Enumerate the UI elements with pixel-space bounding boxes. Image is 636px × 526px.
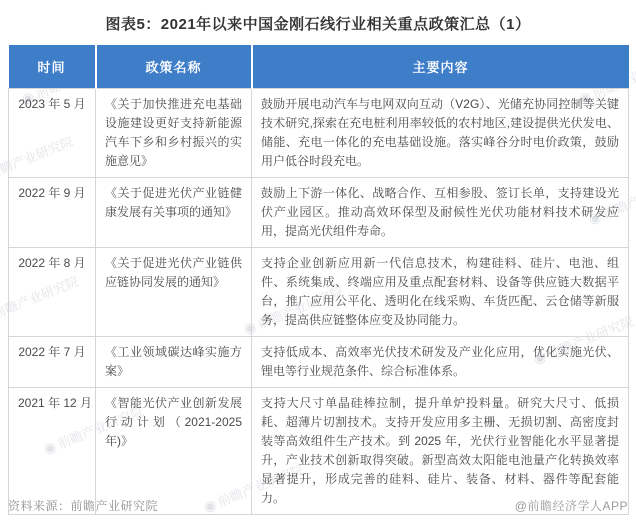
- cell-policy-name: 《工业领域碳达峰实施方案》: [96, 337, 252, 388]
- cell-date: 2022 年 9 月: [9, 178, 96, 248]
- table-header-row: 时间 政策名称 主要内容: [9, 45, 629, 89]
- header-cell-time: 时间: [9, 45, 96, 89]
- cell-policy-name: 《关于促进光伏产业链健康发展有关事项的通知》: [96, 178, 252, 248]
- policy-table: 时间 政策名称 主要内容 2023 年 5 月 《关于加快推进充电基础设施建设更…: [8, 45, 629, 515]
- cell-main-content: 支持企业创新应用新一代信息技术，构建硅料、硅片、电池、组件、系统集成、终端应用及…: [252, 248, 629, 337]
- header-cell-policy-name: 政策名称: [96, 45, 252, 89]
- table-row: 2022 年 8 月 《关于促进光伏产业链供应链协同发展的通知》 支持企业创新应…: [9, 248, 629, 337]
- cell-date: 2022 年 7 月: [9, 337, 96, 388]
- cell-date: 2022 年 8 月: [9, 248, 96, 337]
- cell-policy-name: 《智能光伏产业创新发展行动计划（2021-2025年)》: [96, 388, 252, 515]
- cell-main-content: 鼓励上下游一体化、战略合作、互相参股、签订长单，支持建设光伏产业园区。推动高效环…: [252, 178, 629, 248]
- figure-page: ◉ 前瞻产业研究院 ◉ 前瞻产业研究院 ◉ 前瞻产业研究院 ◉ 前瞻产业研究院 …: [0, 0, 636, 526]
- table-row: 2023 年 5 月 《关于加快推进充电基础设施建设更好支持新能源汽车下乡和乡村…: [9, 89, 629, 178]
- credit-label: @前瞻经济学人APP: [515, 497, 628, 514]
- table-row: 2021 年 12 月 《智能光伏产业创新发展行动计划（2021-2025年)》…: [9, 388, 629, 515]
- header-cell-main-content: 主要内容: [252, 45, 629, 89]
- cell-main-content: 支持大尺寸单晶硅棒拉制，提升单炉投料量。研究大尺寸、低损耗、超薄片切割技术。支持…: [252, 388, 629, 515]
- cell-policy-name: 《关于加快推进充电基础设施建设更好支持新能源汽车下乡和乡村振兴的实施意见》: [96, 89, 252, 178]
- cell-policy-name: 《关于促进光伏产业链供应链协同发展的通知》: [96, 248, 252, 337]
- cell-date: 2021 年 12 月: [9, 388, 96, 515]
- footer: 资料来源：前瞻产业研究院 @前瞻经济学人APP: [8, 497, 628, 514]
- table-row: 2022 年 7 月 《工业领域碳达峰实施方案》 支持低成本、高效率光伏技术研发…: [9, 337, 629, 388]
- data-source-label: 资料来源：前瞻产业研究院: [8, 497, 158, 514]
- table-row: 2022 年 9 月 《关于促进光伏产业链健康发展有关事项的通知》 鼓励上下游一…: [9, 178, 629, 248]
- cell-main-content: 支持低成本、高效率光伏技术研发及产业化应用，优化实施光伏、锂电等行业规范条件、综…: [252, 337, 629, 388]
- cell-date: 2023 年 5 月: [9, 89, 96, 178]
- page-title: 图表5：2021年以来中国金刚石线行业相关重点政策汇总（1）: [0, 0, 636, 34]
- cell-main-content: 鼓励开展电动汽车与电网双向互动（V2G）、光储充协同控制等关键技术研究,探索在充…: [252, 89, 629, 178]
